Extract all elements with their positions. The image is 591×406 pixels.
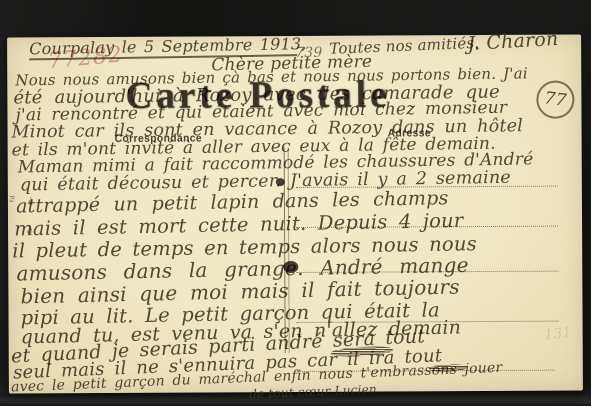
margin-insertion-mark: à [27,227,33,236]
faint-pink-mark: 131 [544,326,573,343]
edge-imprint: Pa [8,195,15,202]
handwritten-signature: J. Charon [467,30,559,54]
circled-department-number: 77 [534,78,577,121]
margin-insertion-mark: à [28,198,34,207]
pink-inventory-number: 77282 [47,44,124,73]
postcard-photo: Carte Postale Correspondance Adresse Pa … [0,0,591,406]
ink-blot [283,261,298,273]
circled-number-text: 77 [543,90,567,110]
postcard: Carte Postale Correspondance Adresse Pa … [7,34,583,393]
ink-blot [276,178,285,186]
